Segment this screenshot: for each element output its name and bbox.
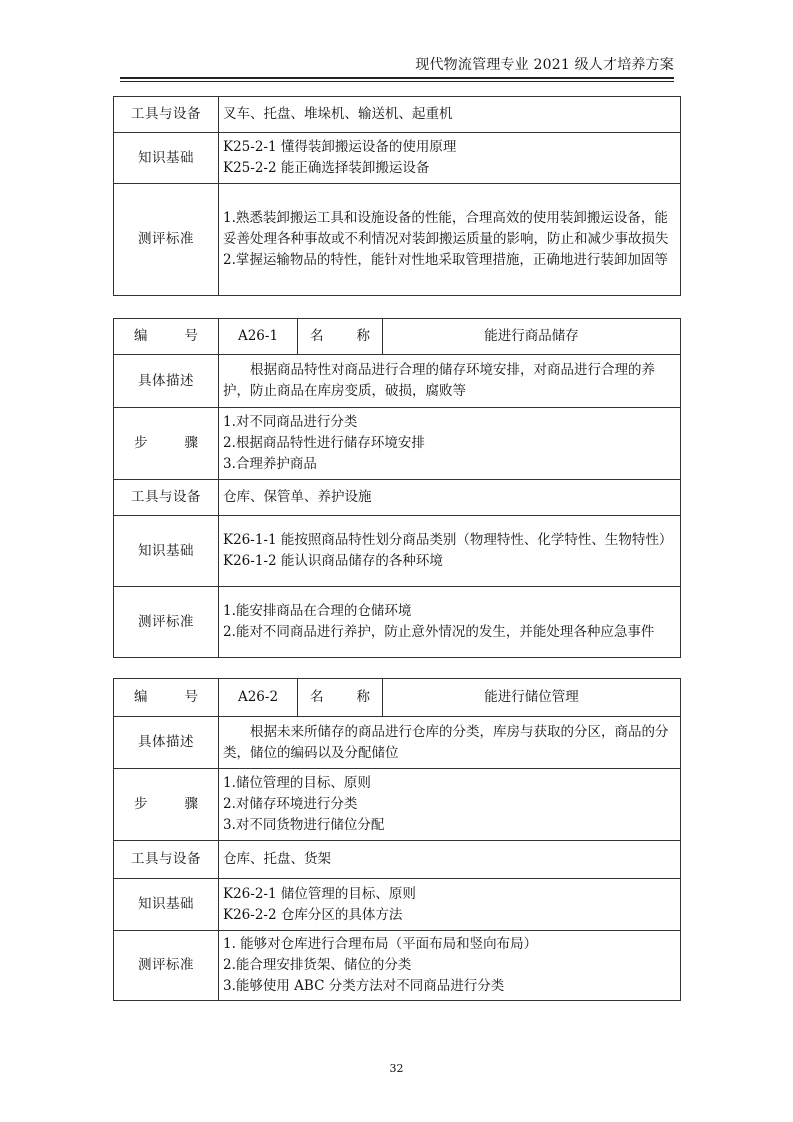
knowledge-value: K26-2-1 储位管理的目标、原则 K26-2-2 仓库分区的具体方法 (219, 879, 681, 931)
row-label: 知识基础 (114, 879, 219, 931)
table-row-steps: 步骤 1.对不同商品进行分类 2.根据商品特性进行储存环境安排 3.合理养护商品 (114, 408, 681, 480)
table-row-tools: 工具与设备 仓库、保管单、养护设施 (114, 480, 681, 516)
tools-value: 仓库、托盘、货架 (219, 841, 681, 879)
table-row-knowledge: 知识基础 K25-2-1 懂得装卸搬运设备的使用原理 K25-2-2 能正确选择… (114, 133, 681, 184)
page-header-title: 现代物流管理专业 2021 级人才培养方案 (120, 56, 674, 74)
table-row-description: 具体描述 根据未来所储存的商品进行仓库的分类，库房与获取的分区，商品的分类，储位… (114, 717, 681, 769)
row-label: 工具与设备 (114, 97, 219, 133)
id-label: 编号 (114, 679, 219, 717)
table-row-knowledge: 知识基础 K26-1-1 能按照商品特性划分商品类别（物理特性、化学特性、生物特… (114, 516, 681, 587)
table-row-steps: 步骤 1.储位管理的目标、原则 2.对储存环境进行分类 3.对不同货物进行储位分… (114, 769, 681, 841)
id-value: A26-1 (219, 319, 298, 355)
table-row-criteria: 测评标准 1.熟悉装卸搬运工具和设施设备的性能，合理高效的使用装卸搬运设备，能妥… (114, 184, 681, 296)
row-label: 工具与设备 (114, 841, 219, 879)
criteria-value: 1.能安排商品在合理的仓储环境 2.能对不同商品进行养护，防止意外情况的发生，并… (219, 587, 681, 658)
table-row-criteria: 测评标准 1.能安排商品在合理的仓储环境 2.能对不同商品进行养护，防止意外情况… (114, 587, 681, 658)
criteria-value: 1.熟悉装卸搬运工具和设施设备的性能，合理高效的使用装卸搬运设备，能妥善处理各种… (219, 184, 681, 296)
row-label: 具体描述 (114, 717, 219, 769)
knowledge-value: K26-1-1 能按照商品特性划分商品类别（物理特性、化学特性、生物特性） K2… (219, 516, 681, 587)
description-value: 根据商品特性对商品进行合理的储存环境安排，对商品进行合理的养护，防止商品在库房变… (219, 355, 681, 408)
row-label: 测评标准 (114, 184, 219, 296)
row-label: 知识基础 (114, 133, 219, 184)
table-row-tools: 工具与设备 叉车、托盘、堆垛机、输送机、起重机 (114, 97, 681, 133)
table-row-knowledge: 知识基础 K26-2-1 储位管理的目标、原则 K26-2-2 仓库分区的具体方… (114, 879, 681, 931)
row-label: 具体描述 (114, 355, 219, 408)
name-value: 能进行储位管理 (383, 679, 681, 717)
steps-label: 步骤 (114, 408, 219, 480)
table-row-id-name: 编号 A26-2 名称 能进行储位管理 (114, 679, 681, 717)
knowledge-value: K25-2-1 懂得装卸搬运设备的使用原理 K25-2-2 能正确选择装卸搬运设… (219, 133, 681, 184)
table-row-tools: 工具与设备 仓库、托盘、货架 (114, 841, 681, 879)
row-label: 工具与设备 (114, 480, 219, 516)
tools-value: 叉车、托盘、堆垛机、输送机、起重机 (219, 97, 681, 133)
ability-table-a25-2-continued: 工具与设备 叉车、托盘、堆垛机、输送机、起重机 知识基础 K25-2-1 懂得装… (113, 96, 681, 296)
row-label: 知识基础 (114, 516, 219, 587)
criteria-value: 1. 能够对仓库进行合理布局（平面布局和竖向布局） 2.能合理安排货架、储位的分… (219, 931, 681, 1001)
row-label: 测评标准 (114, 587, 219, 658)
table-row-id-name: 编号 A26-1 名称 能进行商品储存 (114, 319, 681, 355)
steps-value: 1.对不同商品进行分类 2.根据商品特性进行储存环境安排 3.合理养护商品 (219, 408, 681, 480)
tools-value: 仓库、保管单、养护设施 (219, 480, 681, 516)
steps-label: 步骤 (114, 769, 219, 841)
steps-value: 1.储位管理的目标、原则 2.对储存环境进行分类 3.对不同货物进行储位分配 (219, 769, 681, 841)
id-value: A26-2 (219, 679, 298, 717)
name-label: 名称 (298, 319, 383, 355)
row-label: 测评标准 (114, 931, 219, 1001)
header-double-rule (120, 77, 674, 82)
table-row-description: 具体描述 根据商品特性对商品进行合理的储存环境安排，对商品进行合理的养护，防止商… (114, 355, 681, 408)
id-label: 编号 (114, 319, 219, 355)
description-value: 根据未来所储存的商品进行仓库的分类，库房与获取的分区，商品的分类，储位的编码以及… (219, 717, 681, 769)
page-number: 32 (0, 1062, 793, 1075)
name-label: 名称 (298, 679, 383, 717)
table-row-criteria: 测评标准 1. 能够对仓库进行合理布局（平面布局和竖向布局） 2.能合理安排货架… (114, 931, 681, 1001)
ability-table-a26-2: 编号 A26-2 名称 能进行储位管理 具体描述 根据未来所储存的商品进行仓库的… (113, 678, 681, 1001)
ability-table-a26-1: 编号 A26-1 名称 能进行商品储存 具体描述 根据商品特性对商品进行合理的储… (113, 318, 681, 658)
name-value: 能进行商品储存 (383, 319, 681, 355)
